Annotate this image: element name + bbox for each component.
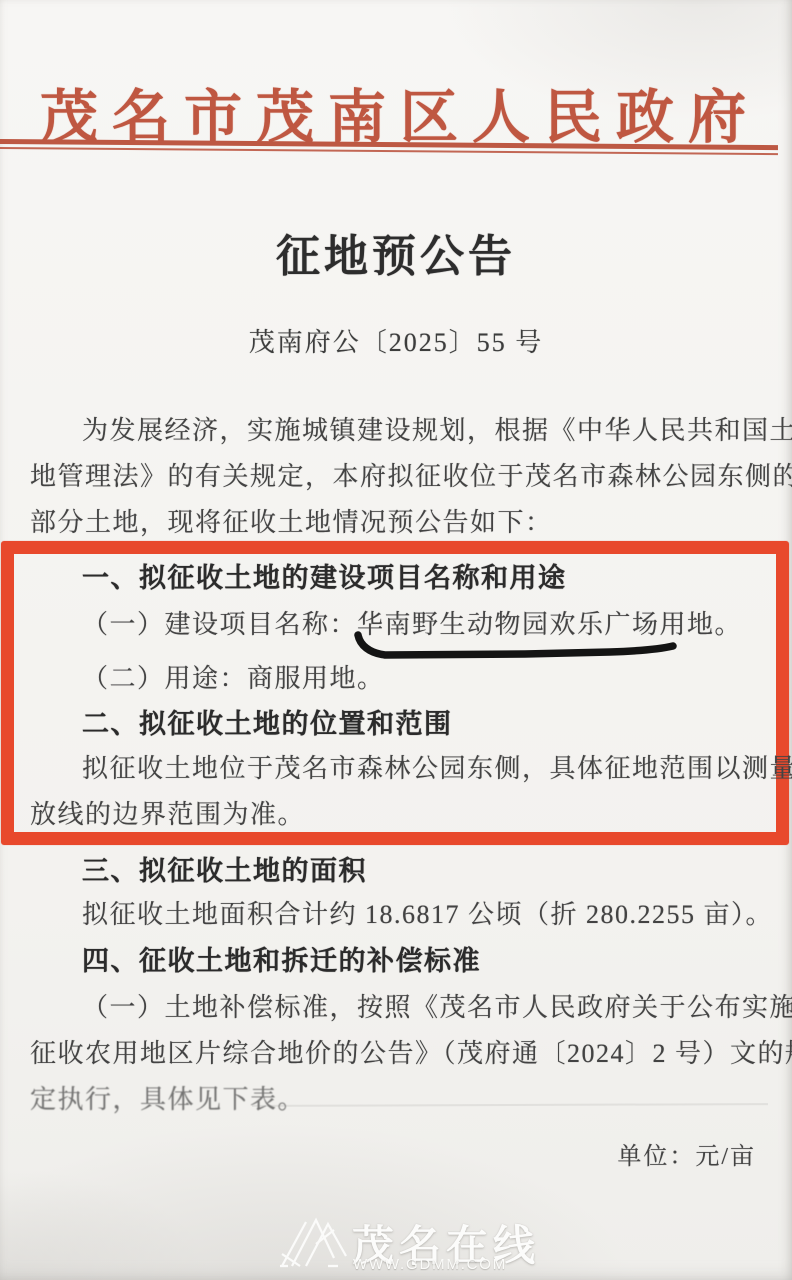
section4-line-2: 征收农用地区片综合地价的公告》（茂府通〔2024〕2 号）文的规 bbox=[30, 1038, 792, 1070]
section4-line-3: 定执行，具体见下表。 bbox=[30, 1084, 305, 1116]
watermark-site-url: WWW.GDMM.COM bbox=[353, 1256, 507, 1273]
intro-line-1: 为发展经济，实施城镇建设规划，根据《中华人民共和国土 bbox=[82, 415, 792, 447]
scanned-document-page: 茂名市茂南区人民政府 征地预公告 茂南府公〔2025〕55 号 为发展经济，实施… bbox=[0, 0, 792, 1280]
unit-label: 单位：元/亩 bbox=[0, 1136, 756, 1171]
section2-heading: 二、拟征收土地的位置和范围 bbox=[82, 708, 453, 740]
document-number: 茂南府公〔2025〕55 号 bbox=[0, 322, 792, 359]
section4-line-1: （一）土地补偿标准，按照《茂名市人民政府关于公布实施 bbox=[82, 992, 792, 1024]
section3-text: 拟征收土地面积合计约 18.6817 公顷（折 280.2255 亩）。 bbox=[82, 899, 773, 931]
gdmm-logo-icon bbox=[278, 1210, 350, 1272]
section1-item2: （二）用途：商服用地。 bbox=[82, 663, 385, 695]
section1-heading: 一、拟征收土地的建设项目名称和用途 bbox=[82, 562, 567, 594]
section4-heading: 四、征收土地和拆迁的补偿标准 bbox=[82, 945, 481, 977]
intro-line-3: 部分土地，现将征收土地情况预公告如下： bbox=[30, 507, 553, 539]
hand-drawn-underline-annotation bbox=[345, 620, 685, 668]
section2-line-1: 拟征收土地位于茂名市森林公园东侧，具体征地范围以测量 bbox=[82, 753, 792, 785]
intro-line-2: 地管理法》的有关规定，本府拟征收位于茂名市森林公园东侧的 bbox=[30, 461, 792, 493]
section2-line-2: 放线的边界范围为准。 bbox=[30, 799, 305, 831]
table-top-hairline bbox=[252, 1103, 768, 1107]
section3-heading: 三、拟征收土地的面积 bbox=[82, 855, 367, 887]
document-title: 征地预公告 bbox=[0, 220, 792, 284]
